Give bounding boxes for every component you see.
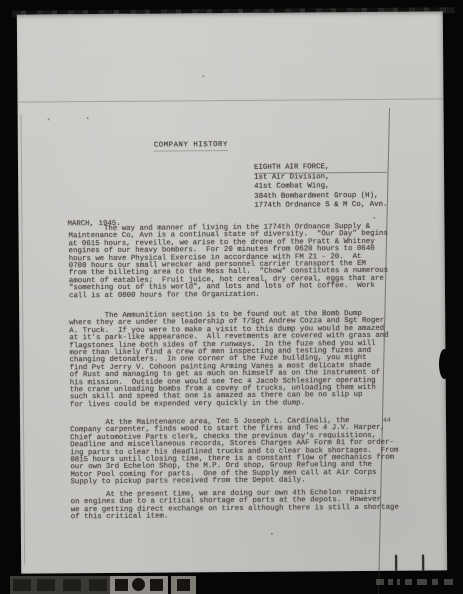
film-punch-plate <box>171 576 196 594</box>
microfilm-frame: COMPANY HISTORY EIGHTH AIR FORCE, 1st Ai… <box>0 0 463 594</box>
film-code-square-icon <box>63 579 81 591</box>
film-code-dash-icon <box>397 579 400 585</box>
film-code-square-icon <box>13 579 31 591</box>
document-heading: COMPANY HISTORY <box>154 141 228 152</box>
pencil-page-mark: 44 <box>383 417 391 424</box>
film-code-dash-icon <box>444 579 453 585</box>
film-punch-square-icon <box>150 579 163 591</box>
paragraph-ammunition-section: The Ammunition section is to be found ou… <box>69 311 408 410</box>
film-punch-square-icon <box>115 579 128 591</box>
unit-line-ordnance-co: 1774th Ordnance S & M Co, Avn. <box>254 201 387 211</box>
film-code-dash-icon <box>417 579 427 585</box>
dust-speck <box>202 75 204 77</box>
dust-speck <box>139 344 141 346</box>
paragraph-echelon-repairs: At the present time, we are doing our ow… <box>71 490 409 522</box>
paragraph-maintenance-area: At the Maintenance area, Tec 5 Joseph L.… <box>70 418 409 487</box>
film-punch-plate <box>110 576 168 594</box>
film-code-dash-icon <box>376 579 384 585</box>
unit-address-block: EIGHTH AIR FORCE, 1st Air Division, 41st… <box>254 163 387 211</box>
page-left-fold-line <box>21 115 26 565</box>
film-code-dash-icon <box>388 579 393 585</box>
binder-tick-mark-left <box>395 555 397 571</box>
film-frame-code-marks <box>376 578 460 587</box>
film-code-square-icon <box>37 579 55 591</box>
paragraph-daily-life: The way and manner of living in the 1774… <box>68 224 407 301</box>
dust-speck <box>373 217 375 219</box>
film-edge-notch <box>439 349 450 379</box>
binder-tick-mark-right <box>422 554 424 570</box>
film-code-dash-icon <box>432 579 438 585</box>
dust-speck <box>271 533 273 535</box>
film-code-square-icon <box>89 579 107 591</box>
film-edge-code-strip <box>10 576 196 594</box>
page-crease-line <box>17 98 443 102</box>
film-code-dash-icon <box>405 579 412 585</box>
dust-speck <box>48 118 50 120</box>
document-page: COMPANY HISTORY EIGHTH AIR FORCE, 1st Ai… <box>17 11 447 573</box>
film-punch-square-icon <box>177 579 190 591</box>
film-punch-circle-icon <box>132 578 145 591</box>
dust-speck <box>87 117 89 119</box>
